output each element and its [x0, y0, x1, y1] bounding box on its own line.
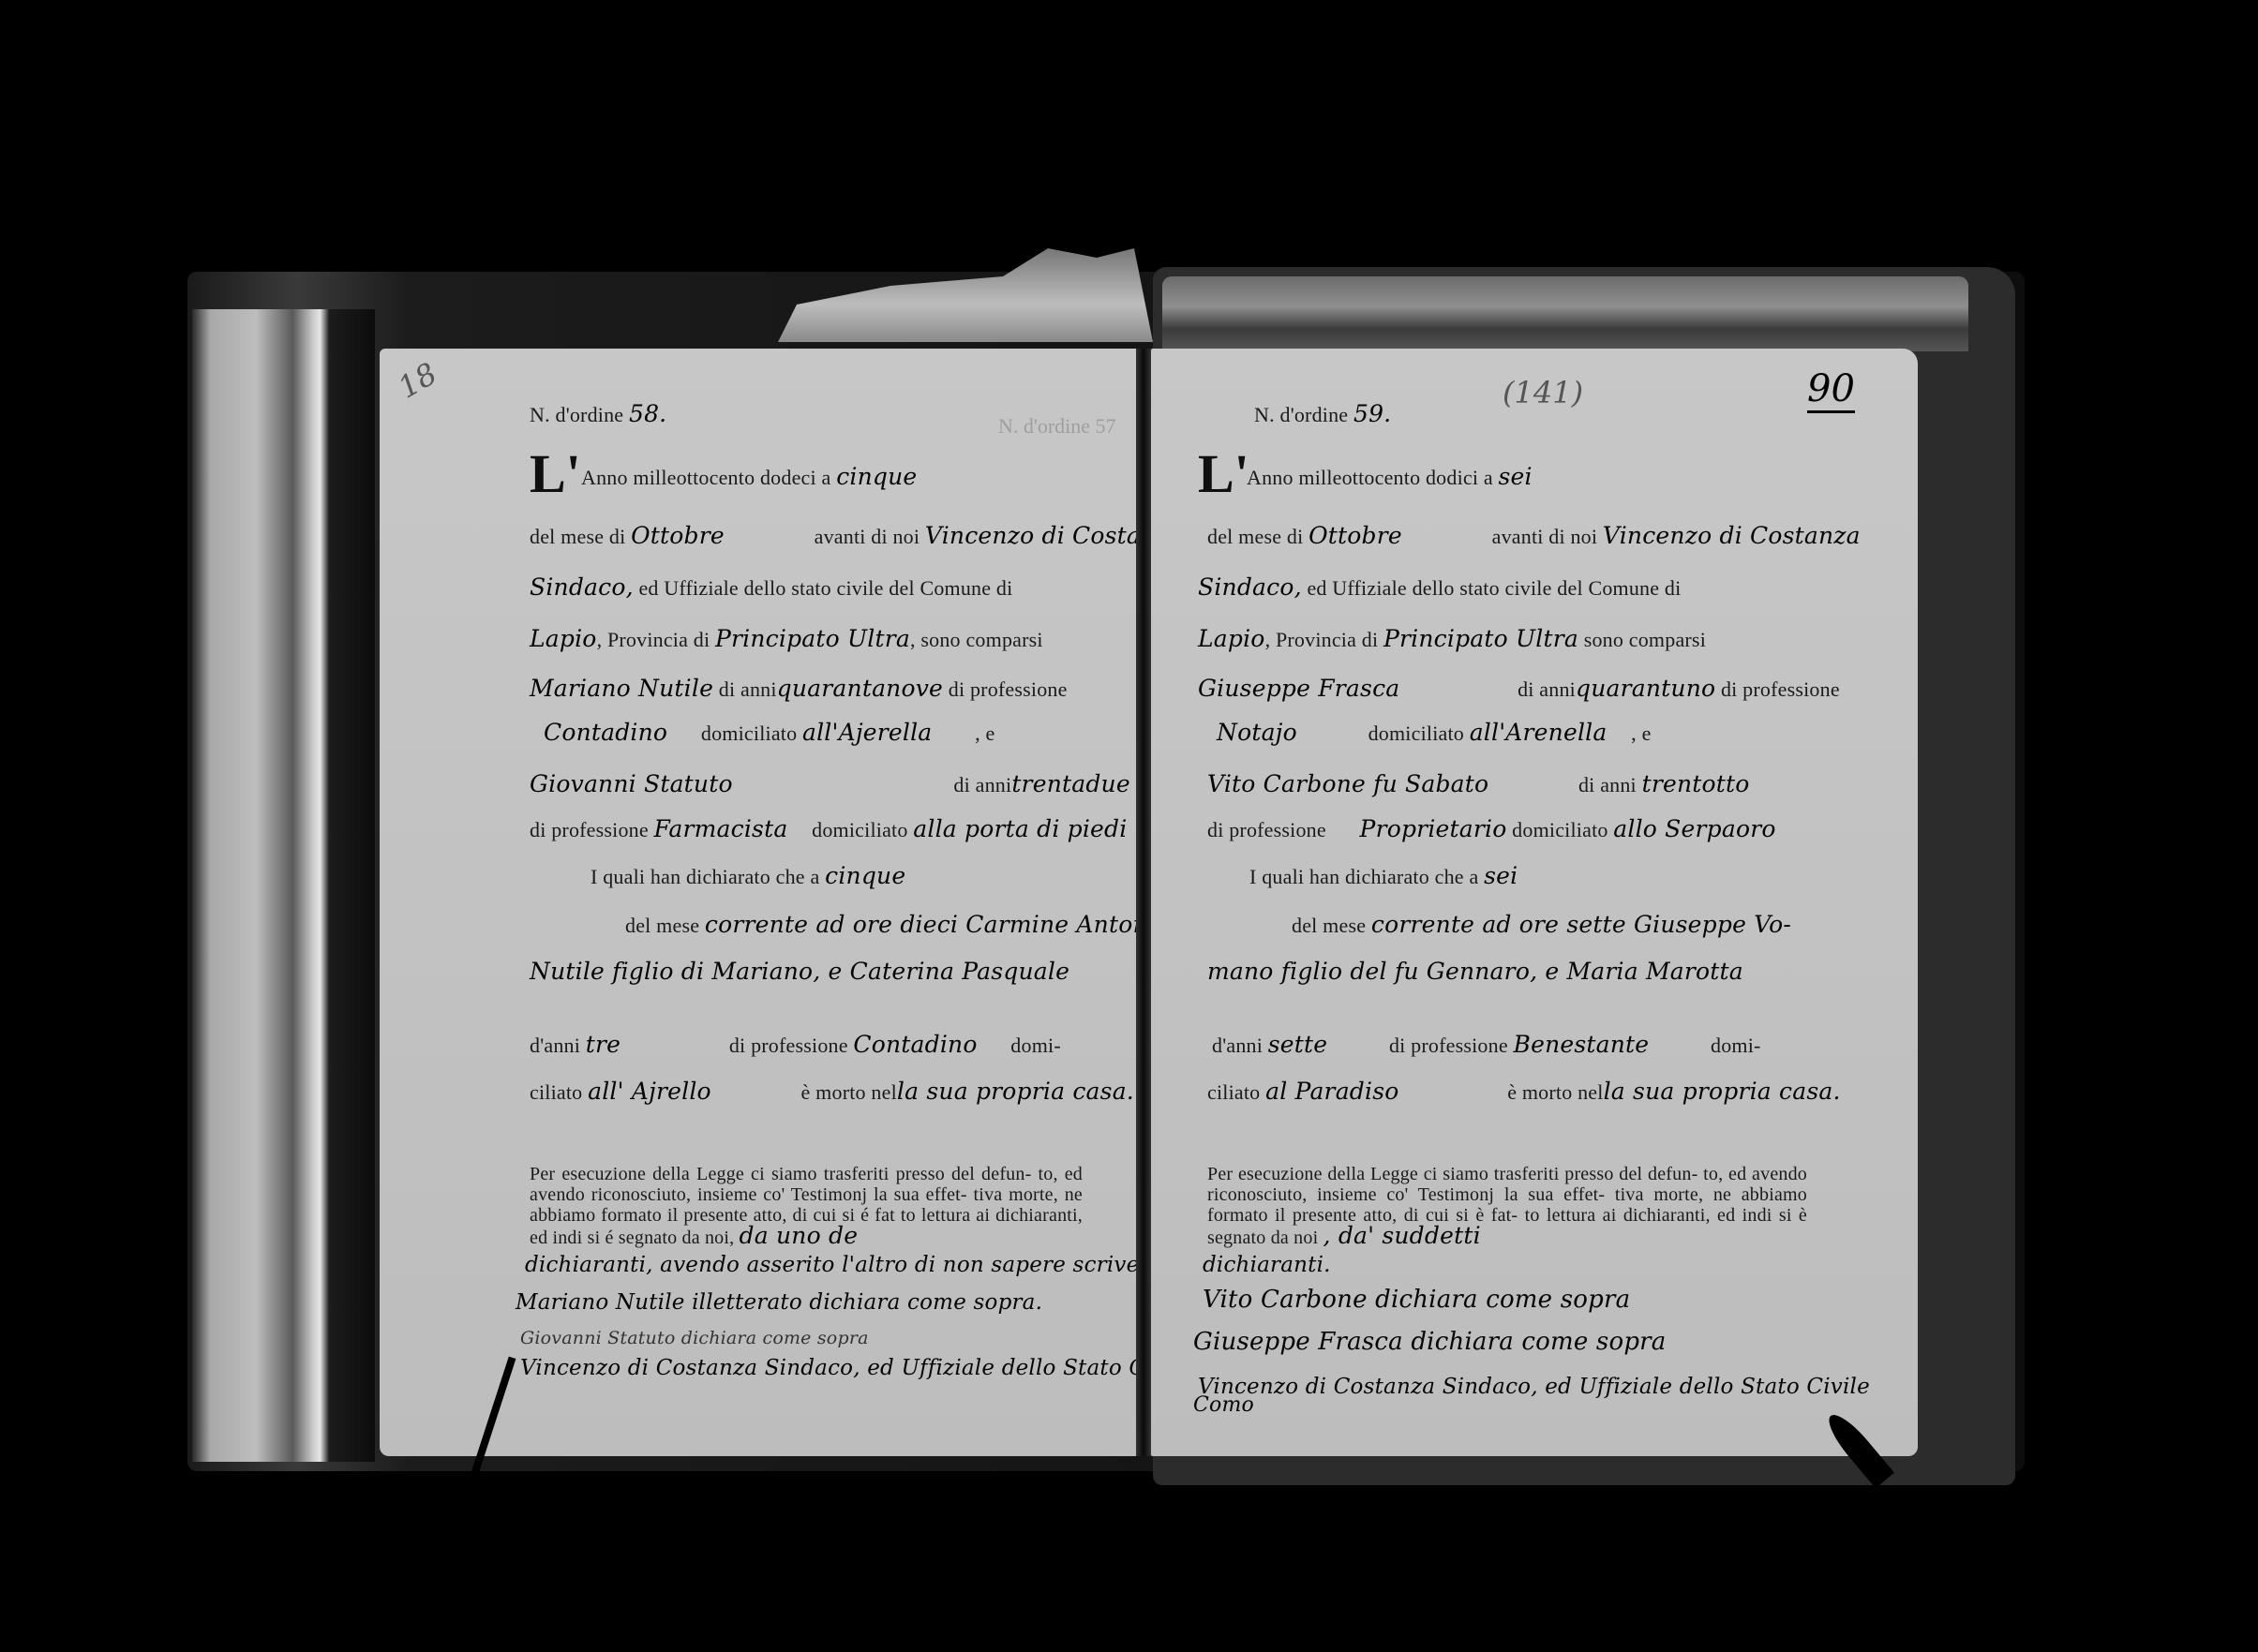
left-page: 18 N. d'ordine 57 N. d'ordine 58. L' Ann…: [380, 349, 1141, 1456]
handwritten-declarant-1: Mariano Nutile: [530, 675, 713, 702]
printed-text: domi-: [1010, 1034, 1061, 1057]
handwritten-age: tre: [586, 1031, 621, 1058]
handwritten-closing: da uno de: [740, 1222, 859, 1249]
handwritten-profession: Contadino: [853, 1031, 977, 1058]
printed-text: di professione: [949, 677, 1068, 701]
handwritten-deceased: corrente ad ore sette Giuseppe Vo-: [1371, 911, 1791, 938]
printed-text: domi-: [1711, 1034, 1761, 1057]
line-7: Vito Carbone fu Sabato di anni trentotto: [1207, 770, 1750, 797]
printed-text: di anni: [953, 773, 1011, 796]
printed-text: Anno milleottocento dodici a: [1247, 466, 1493, 489]
handwritten-residence: al Paradiso: [1265, 1078, 1398, 1105]
line-12: d'anni sette di professione Benestante d…: [1212, 1031, 1761, 1058]
handwritten-profession: Contadino: [544, 719, 667, 746]
order-label: N. d'ordine: [1254, 403, 1348, 426]
line-1: Anno milleottocento dodeci a cinque: [581, 463, 917, 490]
line-13: ciliato all' Ajrello è morto nella sua p…: [530, 1078, 1134, 1105]
printed-text: , Provincia di: [597, 628, 710, 651]
printed-text: del mese di: [530, 525, 625, 548]
printed-text: ciliato: [1207, 1080, 1260, 1104]
printed-text: domiciliato: [1512, 818, 1608, 841]
printed-text: , Provincia di: [1265, 628, 1379, 651]
printed-text: sono comparsi: [1584, 628, 1706, 651]
printed-text: ciliato: [530, 1080, 582, 1104]
handwritten-parents: Nutile figlio di Mariano, e Caterina Pas…: [530, 958, 1069, 985]
signature-3: Vincenzo di Costanza Sindaco, ed Uffizia…: [520, 1356, 1192, 1380]
book-gutter: [1136, 349, 1151, 1456]
printed-text: di professione: [1207, 818, 1326, 841]
line-4: Lapio, Provincia di Principato Ultra son…: [1198, 625, 1706, 652]
printed-text: di anni: [1578, 773, 1637, 796]
line-9: I quali han dichiarato che a sei: [1249, 862, 1518, 889]
printed-text: di professione: [729, 1034, 848, 1057]
line-13: ciliato al Paradiso è morto nella sua pr…: [1207, 1078, 1841, 1105]
printed-text: , e: [975, 722, 994, 745]
handwritten-age: quarantanove: [777, 675, 943, 702]
handwritten-declarant-2: Vito Carbone fu Sabato: [1207, 770, 1488, 797]
dropcap: L': [1198, 442, 1249, 505]
handwritten-residence: all'Ajerella: [802, 719, 932, 746]
signature-3: Vincenzo di Costanza Sindaco, ed Uffizia…: [1198, 1375, 1870, 1399]
handwritten-profession: Proprietario: [1360, 815, 1507, 842]
handwritten-month: Ottobre: [631, 522, 725, 549]
printed-text: è morto nel: [1507, 1080, 1603, 1104]
signature-2: Giovanni Statuto dichiara come sopra: [520, 1328, 869, 1348]
printed-text: domiciliato: [701, 722, 797, 745]
handwritten-provincia: Principato Ultra: [1383, 625, 1578, 652]
handwritten-age: sette: [1268, 1031, 1328, 1058]
right-cover-top-edge: [1162, 276, 1968, 351]
order-number-line: N. d'ordine 59.: [1254, 400, 1391, 427]
handwritten-closing: , da' suddetti: [1323, 1222, 1481, 1249]
printed-text: avanti di noi: [1492, 525, 1598, 548]
line-3: Sindaco, ed Uffiziale dello stato civile…: [1198, 573, 1681, 601]
handwritten-place: la sua propria casa.: [1604, 1078, 1841, 1105]
closing-line-2: dichiaranti, avendo asserito l'altro di …: [525, 1253, 1170, 1277]
handwritten-residence: all' Ajrello: [588, 1078, 711, 1105]
line-9: I quali han dichiarato che a cinque: [591, 862, 905, 889]
handwritten-parents: mano figlio del fu Gennaro, e Maria Maro…: [1207, 958, 1743, 985]
handwritten-official: Vincenzo di Costanza: [1603, 522, 1861, 549]
line-6: Notajo domiciliato all'Arenella , e: [1217, 719, 1652, 746]
printed-closing: Per esecuzione della Legge ci siamo tras…: [1207, 1164, 1807, 1248]
closing-line-2: dichiaranti.: [1203, 1253, 1331, 1277]
line-11: Nutile figlio di Mariano, e Caterina Pas…: [530, 958, 1069, 985]
handwritten-residence: allo Serpaoro: [1613, 815, 1775, 842]
handwritten-age: trentotto: [1642, 770, 1750, 797]
printed-text: ed Uffiziale dello stato civile del Comu…: [1307, 576, 1681, 600]
line-7: Giovanni Statuto di annitrentadue: [530, 770, 1130, 797]
printed-text: di professione: [530, 818, 649, 841]
printed-text: d'anni: [530, 1034, 580, 1057]
line-3: Sindaco, ed Uffiziale dello stato civile…: [530, 573, 1012, 601]
printed-text: di anni: [719, 677, 777, 701]
margin-note-left: 18: [392, 355, 442, 405]
handwritten-day: sei: [1499, 463, 1533, 490]
line-10: del mese corrente ad ore dieci Carmine A…: [625, 911, 1170, 938]
handwritten-day: cinque: [836, 463, 917, 490]
closing-paragraph: Per esecuzione della Legge ci siamo tras…: [1207, 1164, 1807, 1248]
bleed-through-text: N. d'ordine 57: [998, 414, 1116, 439]
handwritten-profession: Notajo: [1217, 719, 1297, 746]
signature-1: Mariano Nutile illetterato dichiara come…: [516, 1290, 1042, 1315]
handwritten-comune: Lapio: [530, 625, 597, 652]
printed-text: del mese: [625, 914, 699, 937]
order-number: 58.: [629, 400, 666, 427]
order-label: N. d'ordine: [530, 403, 623, 426]
handwritten-profession: Benestante: [1514, 1031, 1650, 1058]
printed-text: è morto nel: [801, 1080, 897, 1104]
line-12: d'anni tre di professione Contadino domi…: [530, 1031, 1061, 1058]
handwritten-age: quarantuno: [1576, 675, 1715, 702]
line-2: del mese di Ottobre avanti di noi Vincen…: [1207, 522, 1861, 549]
handwritten-title: Sindaco,: [1198, 573, 1302, 601]
line-6: Contadino domiciliato all'Ajerella , e: [544, 719, 995, 746]
line-10: del mese corrente ad ore sette Giuseppe …: [1292, 911, 1791, 938]
handwritten-title: Sindaco,: [530, 573, 634, 601]
folio-number: 90: [1807, 367, 1855, 413]
line-8: di professione Proprietario domiciliato …: [1207, 815, 1776, 842]
line-11: mano figlio del fu Gennaro, e Maria Maro…: [1207, 958, 1743, 985]
handwritten-day: cinque: [825, 862, 905, 889]
order-number-line: N. d'ordine 58.: [530, 400, 666, 427]
printed-text: , sono comparsi: [910, 628, 1043, 651]
handwritten-declarant-2: Giovanni Statuto: [530, 770, 733, 797]
printed-text: I quali han dichiarato che a: [591, 865, 819, 888]
closing-paragraph: Per esecuzione della Legge ci siamo tras…: [530, 1164, 1083, 1248]
handwritten-comune: Lapio: [1198, 625, 1265, 652]
printed-text: avanti di noi: [815, 525, 920, 548]
printed-text: I quali han dichiarato che a: [1249, 865, 1478, 888]
margin-note-right: (141): [1503, 375, 1583, 410]
page-stack-left: [192, 309, 375, 1462]
dropcap: L': [530, 442, 581, 505]
handwritten-month: Ottobre: [1308, 522, 1402, 549]
printed-text: di professione: [1389, 1034, 1508, 1057]
line-4: Lapio, Provincia di Principato Ultra, so…: [530, 625, 1043, 652]
printed-text: di anni: [1518, 677, 1576, 701]
line-8: di professione Farmacista domiciliato al…: [530, 815, 1127, 842]
printed-text: ed Uffiziale dello stato civile del Comu…: [638, 576, 1012, 600]
line-2: del mese di Ottobre avanti di noi Vincen…: [530, 522, 1183, 549]
handwritten-declarant-1: Giuseppe Frasca: [1198, 675, 1399, 702]
handwritten-place: la sua propria casa.: [897, 1078, 1134, 1105]
handwritten-age: trentadue: [1011, 770, 1130, 797]
handwritten-residence: alla porta di piedi: [913, 815, 1127, 842]
handwritten-residence: all'Arenella: [1470, 719, 1608, 746]
handwritten-provincia: Principato Ultra: [715, 625, 910, 652]
line-5: Mariano Nutile di anniquarantanove di pr…: [530, 675, 1068, 702]
handwritten-day: sei: [1484, 862, 1518, 889]
printed-text: domiciliato: [812, 818, 907, 841]
order-number: 59.: [1353, 400, 1391, 427]
right-page: (141) 90 N. d'ordine 59. L' Anno milleot…: [1151, 349, 1918, 1456]
line-1: Anno milleottocento dodici a sei: [1247, 463, 1533, 490]
printed-text: di professione: [1721, 677, 1840, 701]
line-5: Giuseppe Frasca di anniquarantuno di pro…: [1198, 675, 1840, 702]
printed-text: d'anni: [1212, 1034, 1263, 1057]
signature-1: Vito Carbone dichiara come sopra: [1203, 1286, 1630, 1314]
printed-text: del mese: [1292, 914, 1366, 937]
handwritten-deceased: corrente ad ore dieci Carmine Antonio: [705, 911, 1170, 938]
printed-text: del mese di: [1207, 525, 1303, 548]
signature-2: Giuseppe Frasca dichiara come sopra: [1193, 1328, 1667, 1356]
printed-text: Anno milleottocento dodeci a: [581, 466, 830, 489]
bottom-mark: Como: [1193, 1393, 1254, 1417]
printed-text: , e: [1631, 722, 1651, 745]
handwritten-profession: Farmacista: [654, 815, 788, 842]
printed-text: domiciliato: [1368, 722, 1464, 745]
